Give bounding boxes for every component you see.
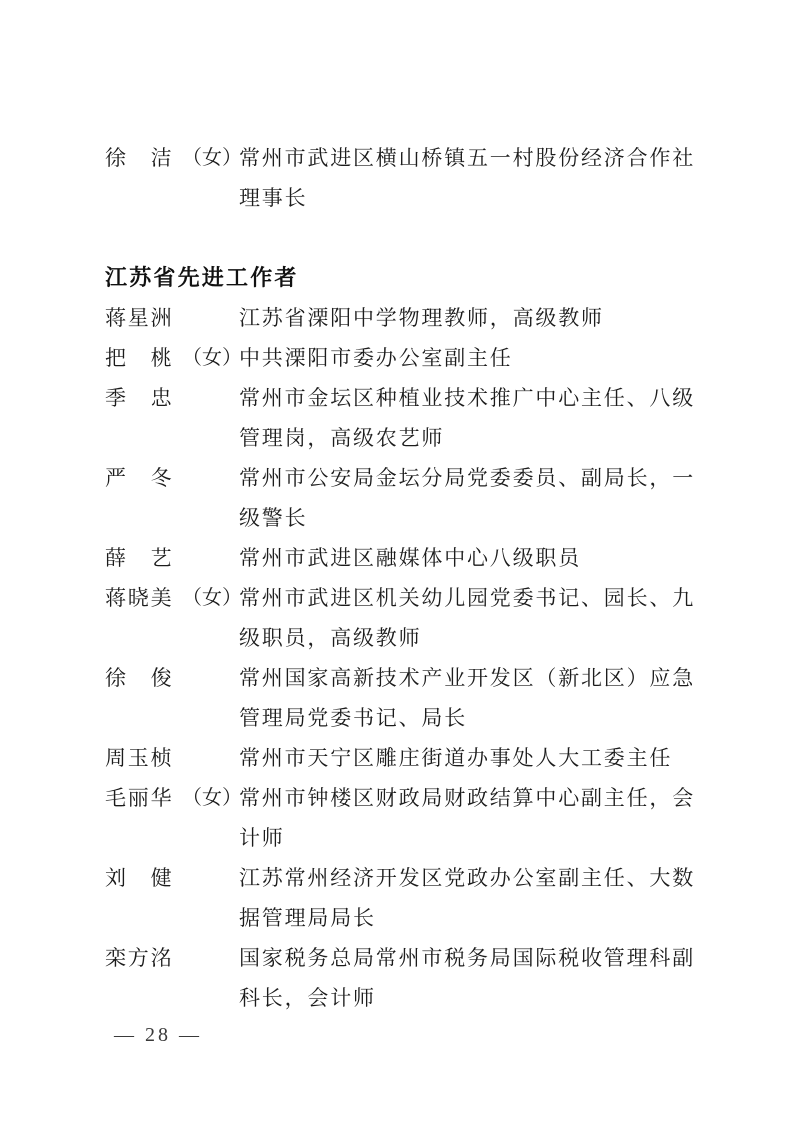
position-line: 管理岗，高级农艺师 <box>239 418 697 458</box>
gender-label <box>182 938 239 978</box>
gender-label <box>182 458 239 498</box>
award-entry-continuation: 徐 洁 （女） 常州市武进区横山桥镇五一村股份经济合作社 理事长 <box>105 138 697 218</box>
gender-label <box>182 378 239 418</box>
position-line: 常州市公安局金坛分局党委委员、副局长，一 <box>239 458 697 498</box>
award-entry: 把 桃 （女） 中共溧阳市委办公室副主任 <box>105 338 697 378</box>
position-line: 级警长 <box>239 498 697 538</box>
person-name: 把 桃 <box>105 338 182 378</box>
person-name: 徐 洁 <box>105 138 182 178</box>
award-entry: 徐 俊 常州国家高新技术产业开发区（新北区）应急 管理局党委书记、局长 <box>105 658 697 738</box>
position-line: 管理局党委书记、局长 <box>239 698 697 738</box>
position-description: 常州市金坛区种植业技术推广中心主任、八级 管理岗，高级农艺师 <box>239 378 697 458</box>
position-line: 常州国家高新技术产业开发区（新北区）应急 <box>239 658 697 698</box>
position-line: 常州市钟楼区财政局财政结算中心副主任，会 <box>239 778 697 818</box>
position-line: 常州市武进区横山桥镇五一村股份经济合作社 <box>239 138 697 178</box>
person-name: 蒋晓美 <box>105 578 182 618</box>
position-line: 常州市天宁区雕庄街道办事处人大工委主任 <box>239 738 697 778</box>
person-name: 薛 艺 <box>105 538 182 578</box>
award-entry: 薛 艺 常州市武进区融媒体中心八级职员 <box>105 538 697 578</box>
position-description: 常州市武进区机关幼儿园党委书记、园长、九 级职员，高级教师 <box>239 578 697 658</box>
position-line: 级职员，高级教师 <box>239 618 697 658</box>
gender-label <box>182 858 239 898</box>
position-description: 常州国家高新技术产业开发区（新北区）应急 管理局党委书记、局长 <box>239 658 697 738</box>
position-line: 科长，会计师 <box>239 978 697 1018</box>
gender-label <box>182 658 239 698</box>
position-description: 常州市公安局金坛分局党委委员、副局长，一 级警长 <box>239 458 697 538</box>
position-line: 国家税务总局常州市税务局国际税收管理科副 <box>239 938 697 978</box>
blank-line <box>105 218 697 258</box>
position-description: 江苏常州经济开发区党政办公室副主任、大数 据管理局局长 <box>239 858 697 938</box>
document-page: 徐 洁 （女） 常州市武进区横山桥镇五一村股份经济合作社 理事长 江苏省先进工作… <box>0 0 800 1131</box>
gender-label <box>182 738 239 778</box>
award-entry: 严 冬 常州市公安局金坛分局党委委员、副局长，一 级警长 <box>105 458 697 538</box>
position-description: 江苏省溧阳中学物理教师，高级教师 <box>239 298 697 338</box>
award-entry: 刘 健 江苏常州经济开发区党政办公室副主任、大数 据管理局局长 <box>105 858 697 938</box>
position-line: 常州市武进区融媒体中心八级职员 <box>239 538 697 578</box>
person-name: 蒋星洲 <box>105 298 182 338</box>
position-description: 常州市天宁区雕庄街道办事处人大工委主任 <box>239 738 697 778</box>
position-line: 计师 <box>239 818 697 858</box>
award-entry: 栾方洺 国家税务总局常州市税务局国际税收管理科副 科长，会计师 <box>105 938 697 1018</box>
gender-label: （女） <box>182 338 239 378</box>
position-description: 国家税务总局常州市税务局国际税收管理科副 科长，会计师 <box>239 938 697 1018</box>
position-line: 理事长 <box>239 178 697 218</box>
position-line: 据管理局局长 <box>239 898 697 938</box>
person-name: 毛丽华 <box>105 778 182 818</box>
gender-label: （女） <box>182 578 239 618</box>
section-heading: 江苏省先进工作者 <box>105 258 697 298</box>
person-name: 徐 俊 <box>105 658 182 698</box>
gender-label: （女） <box>182 138 239 178</box>
person-name: 栾方洺 <box>105 938 182 978</box>
award-entry: 毛丽华 （女） 常州市钟楼区财政局财政结算中心副主任，会 计师 <box>105 778 697 858</box>
page-content: 徐 洁 （女） 常州市武进区横山桥镇五一村股份经济合作社 理事长 江苏省先进工作… <box>105 138 697 1018</box>
position-description: 常州市钟楼区财政局财政结算中心副主任，会 计师 <box>239 778 697 858</box>
award-entry: 蒋晓美 （女） 常州市武进区机关幼儿园党委书记、园长、九 级职员，高级教师 <box>105 578 697 658</box>
position-description: 中共溧阳市委办公室副主任 <box>239 338 697 378</box>
position-description: 常州市武进区融媒体中心八级职员 <box>239 538 697 578</box>
gender-label <box>182 298 239 338</box>
position-line: 江苏常州经济开发区党政办公室副主任、大数 <box>239 858 697 898</box>
gender-label: （女） <box>182 778 239 818</box>
person-name: 严 冬 <box>105 458 182 498</box>
position-description: 常州市武进区横山桥镇五一村股份经济合作社 理事长 <box>239 138 697 218</box>
person-name: 季 忠 <box>105 378 182 418</box>
position-line: 常州市武进区机关幼儿园党委书记、园长、九 <box>239 578 697 618</box>
gender-label <box>182 538 239 578</box>
award-entry: 季 忠 常州市金坛区种植业技术推广中心主任、八级 管理岗，高级农艺师 <box>105 378 697 458</box>
position-line: 中共溧阳市委办公室副主任 <box>239 338 697 378</box>
position-line: 江苏省溧阳中学物理教师，高级教师 <box>239 298 697 338</box>
award-entry: 蒋星洲 江苏省溧阳中学物理教师，高级教师 <box>105 298 697 338</box>
position-line: 常州市金坛区种植业技术推广中心主任、八级 <box>239 378 697 418</box>
person-name: 周玉桢 <box>105 738 182 778</box>
award-entry: 周玉桢 常州市天宁区雕庄街道办事处人大工委主任 <box>105 738 697 778</box>
page-number: — 28 — <box>114 1024 202 1047</box>
person-name: 刘 健 <box>105 858 182 898</box>
